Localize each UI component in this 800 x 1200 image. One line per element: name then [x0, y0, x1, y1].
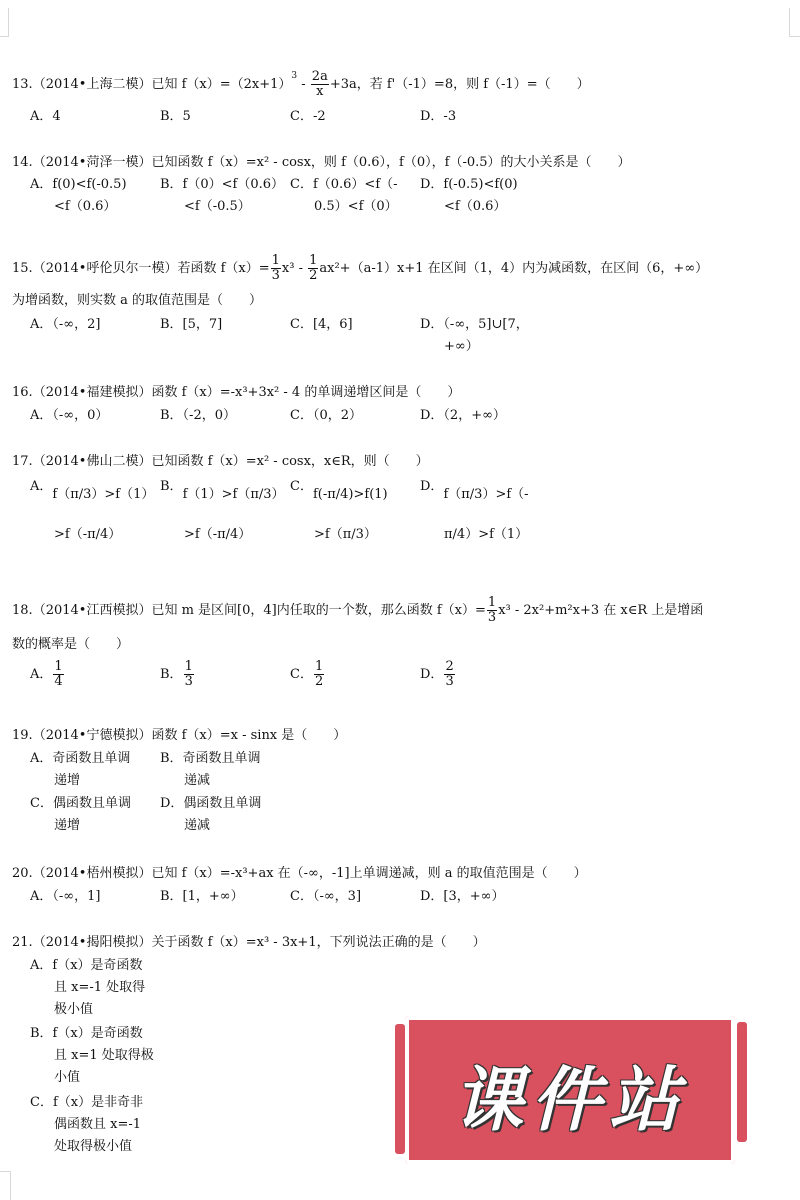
- option-d[interactable]: D．[3，+∞）: [420, 888, 505, 906]
- question-stem: 已知函数 f（x）=x² - cosx，则 f（0.6），f（0），f（-0.5…: [151, 155, 630, 170]
- watermark-stamp: 课件站: [405, 1016, 735, 1164]
- option-line: C．f（0.6）<f（-: [290, 176, 398, 194]
- option-line: B．f（x）是奇函数: [30, 1025, 154, 1043]
- fraction: 12: [314, 660, 324, 689]
- option-d[interactable]: D．（-∞，5]∪[7，+∞）: [420, 316, 529, 356]
- option-line: <f（0.6）: [30, 198, 127, 216]
- option-b[interactable]: B．[5，7]: [160, 316, 222, 334]
- question-source: （2014•福建模拟）: [33, 385, 152, 400]
- fraction-denominator: 2: [308, 269, 318, 283]
- option-label: D．: [420, 479, 443, 494]
- fraction-denominator: 4: [53, 675, 63, 689]
- option-b[interactable]: B．[1，+∞）: [160, 888, 244, 906]
- option-line: 极小值: [30, 1001, 145, 1019]
- question-15: 15.（2014•呼伦贝尔一模）若函数 f（x）=13x³ - 12ax²+（a…: [12, 254, 708, 283]
- option-b[interactable]: B．（-2，0）: [160, 407, 236, 425]
- page-corner-mark: [0, 8, 9, 37]
- option-label: B．: [160, 479, 183, 494]
- fraction: 12: [308, 254, 318, 283]
- option-a[interactable]: A．（-∞，0）: [30, 407, 108, 425]
- option-line: >f（-π/4）: [160, 526, 285, 544]
- question-source: （2014•佛山二模）: [33, 454, 152, 469]
- question-stem: 若函数 f（x）=: [177, 261, 269, 276]
- fraction-numerator: 1: [487, 596, 497, 611]
- question-number: 13.: [12, 77, 33, 92]
- option-line: 递减: [160, 772, 261, 790]
- option-a[interactable]: A．14: [30, 660, 65, 689]
- option-a[interactable]: A．f（π/3）>f（1）>f（-π/4）: [30, 478, 154, 544]
- option-c[interactable]: C．f（0.6）<f（-0.5）<f（0）: [290, 176, 398, 216]
- question-15-line2: 为增函数，则实数 a 的取值范围是（ ）: [12, 292, 262, 310]
- option-label: C．: [290, 479, 313, 494]
- option-b[interactable]: B．13: [160, 660, 195, 689]
- option-c[interactable]: C．[4，6]: [290, 316, 353, 334]
- question-number: 20.: [12, 866, 33, 881]
- question-source: （2014•呼伦贝尔一模）: [33, 261, 178, 276]
- option-d[interactable]: D．偶函数且单调递减: [160, 795, 261, 835]
- option-line: f(-π/4)>f(1): [313, 487, 388, 502]
- option-line: D．偶函数且单调: [160, 795, 261, 813]
- option-a[interactable]: A．（-∞，2]: [30, 316, 100, 334]
- option-c[interactable]: C．（-∞，3]: [290, 888, 361, 906]
- fraction-denominator: 3: [444, 675, 454, 689]
- option-line: 0.5）<f（0）: [290, 198, 398, 216]
- fraction: 13: [487, 596, 497, 625]
- option-c[interactable]: C．f（x）是非奇非 偶函数且 x=-1 处取得极小值: [30, 1094, 143, 1156]
- option-line: >f（-π/4）: [30, 526, 154, 544]
- option-line: 偶函数且 x=-1: [30, 1116, 143, 1134]
- option-b[interactable]: B．f（x）是奇函数 且 x=1 处取得极 小值: [30, 1025, 154, 1087]
- fraction: 13: [184, 660, 194, 689]
- question-number: 14.: [12, 155, 33, 170]
- question-20: 20.（2014•梧州模拟）已知 f（x）=-x³+ax 在（-∞，-1]上单调…: [12, 865, 587, 883]
- option-d[interactable]: D．-3: [420, 108, 456, 126]
- question-number: 15.: [12, 261, 33, 276]
- superscript: 3: [291, 71, 297, 81]
- option-c[interactable]: C．f(-π/4)>f(1)>f（π/3）: [290, 478, 388, 544]
- option-line: 递减: [160, 817, 261, 835]
- question-source: （2014•揭阳模拟）: [33, 935, 152, 950]
- question-source: （2014•江西模拟）: [33, 603, 152, 618]
- question-stem: x³ - 2x²+m²x+3 在 x∈R 上是增函: [498, 603, 703, 618]
- fraction-denominator: 3: [271, 269, 281, 283]
- question-number: 19.: [12, 728, 33, 743]
- option-line: 且 x=-1 处取得: [30, 979, 145, 997]
- fraction-numerator: 1: [308, 254, 318, 269]
- question-13: 13.（2014•上海二模）已知 f（x）=（2x+1）3 - 2ax+3a，若…: [12, 70, 590, 99]
- fraction-numerator: 2a: [311, 70, 329, 85]
- fraction-denominator: 3: [184, 675, 194, 689]
- fraction: 14: [53, 660, 63, 689]
- question-stem: +3a，若 f'（-1）=8，则 f（-1）=（ ）: [330, 77, 590, 92]
- option-a[interactable]: A．f（x）是奇函数 且 x=-1 处取得 极小值: [30, 957, 145, 1019]
- option-line: 递增: [30, 817, 131, 835]
- question-stem: 已知 f（x）=-x³+ax 在（-∞，-1]上单调递减，则 a 的取值范围是（…: [151, 866, 586, 881]
- question-number: 18.: [12, 603, 33, 618]
- option-b[interactable]: B．f（1）>f（π/3）>f（-π/4）: [160, 478, 285, 544]
- option-line: A．f(0)<f(-0.5): [30, 176, 127, 194]
- option-line: π/4）>f（1）: [420, 526, 529, 544]
- question-stem: 函数 f（x）=x - sinx 是（ ）: [151, 728, 346, 743]
- fraction-numerator: 2: [444, 660, 454, 675]
- question-source: （2014•梧州模拟）: [33, 866, 152, 881]
- fraction-denominator: 3: [487, 611, 497, 625]
- option-line: D．（-∞，5]∪[7，: [420, 316, 529, 334]
- question-source: （2014•菏泽一模）: [33, 155, 152, 170]
- option-b[interactable]: B．5: [160, 108, 191, 126]
- option-line: +∞）: [420, 338, 529, 356]
- fraction-numerator: 1: [314, 660, 324, 675]
- fraction-numerator: 1: [53, 660, 63, 675]
- option-c[interactable]: C．-2: [290, 108, 326, 126]
- question-stem: x³ -: [282, 261, 307, 276]
- question-source: （2014•上海二模）: [33, 77, 152, 92]
- fraction: 13: [271, 254, 281, 283]
- fraction-numerator: 1: [271, 254, 281, 269]
- question-14: 14.（2014•菏泽一模）已知函数 f（x）=x² - cosx，则 f（0.…: [12, 154, 631, 172]
- option-label: B．: [160, 667, 183, 682]
- question-21: 21.（2014•揭阳模拟）关于函数 f（x）=x³ - 3x+1，下列说法正确…: [12, 934, 486, 952]
- option-d[interactable]: D．23: [420, 660, 456, 689]
- option-line: 且 x=1 处取得极: [30, 1047, 154, 1065]
- question-17: 17.（2014•佛山二模）已知函数 f（x）=x² - cosx，x∈R，则（…: [12, 453, 429, 471]
- option-line: C．f（x）是非奇非: [30, 1094, 143, 1112]
- option-line: 小值: [30, 1069, 154, 1087]
- option-label: C．: [290, 667, 313, 682]
- question-number: 16.: [12, 385, 33, 400]
- option-line: B．奇函数且单调: [160, 750, 261, 768]
- question-stem: 函数 f（x）=-x³+3x² - 4 的单调递增区间是（ ）: [151, 385, 460, 400]
- option-b[interactable]: B．奇函数且单调递减: [160, 750, 261, 790]
- question-number: 21.: [12, 935, 33, 950]
- question-source: （2014•宁德模拟）: [33, 728, 152, 743]
- option-c[interactable]: C．偶函数且单调递增: [30, 795, 131, 835]
- fraction: 23: [444, 660, 454, 689]
- option-line: A．奇函数且单调: [30, 750, 130, 768]
- option-line: B．f（0）<f（0.6）: [160, 176, 284, 194]
- fraction-numerator: 1: [184, 660, 194, 675]
- page-corner-mark: [0, 1171, 11, 1200]
- fraction-denominator: x: [311, 85, 329, 99]
- fraction-denominator: 2: [314, 675, 324, 689]
- option-line: <f（0.6）: [420, 198, 518, 216]
- question-stem: 已知 m 是区间[0，4]内任取的一个数，那么函数 f（x）=: [151, 603, 485, 618]
- option-b[interactable]: B．f（0）<f（0.6）<f（-0.5）: [160, 176, 284, 216]
- question-stem: 关于函数 f（x）=x³ - 3x+1，下列说法正确的是（ ）: [151, 935, 485, 950]
- option-c[interactable]: C．（0，2）: [290, 407, 362, 425]
- option-a[interactable]: A．4: [30, 108, 61, 126]
- question-number: 17.: [12, 454, 33, 469]
- option-d[interactable]: D．f(-0.5)<f(0)<f（0.6）: [420, 176, 518, 216]
- option-d[interactable]: D．（2，+∞）: [420, 407, 506, 425]
- option-line: f（π/3）>f（-: [443, 487, 528, 502]
- question-stem: 已知 f（x）=（2x+1）: [151, 77, 291, 92]
- option-line: A．f（x）是奇函数: [30, 957, 145, 975]
- question-stem: ax²+（a-1）x+1 在区间（1，4）内为减函数，在区间（6，+∞）: [319, 261, 708, 276]
- question-18: 18.（2014•江西模拟）已知 m 是区间[0，4]内任取的一个数，那么函数 …: [12, 596, 703, 625]
- page-corner-mark: [789, 8, 800, 37]
- option-a[interactable]: A．f(0)<f(-0.5)<f（0.6）: [30, 176, 127, 216]
- option-line: f（π/3）>f（1）: [52, 487, 154, 502]
- option-d[interactable]: D．f（π/3）>f（-π/4）>f（1）: [420, 478, 529, 544]
- fraction: 2ax: [311, 70, 329, 99]
- question-18-line2: 数的概率是（ ）: [12, 636, 129, 654]
- option-label: D．: [420, 667, 443, 682]
- option-label: A．: [30, 667, 52, 682]
- option-line: <f（-0.5）: [160, 198, 284, 216]
- question-stem: -: [297, 77, 310, 92]
- option-line: f（1）>f（π/3）: [183, 487, 285, 502]
- question-16: 16.（2014•福建模拟）函数 f（x）=-x³+3x² - 4 的单调递增区…: [12, 384, 460, 402]
- question-stem: 已知函数 f（x）=x² - cosx，x∈R，则（ ）: [151, 454, 428, 469]
- option-label: A．: [30, 479, 52, 494]
- option-a[interactable]: A．（-∞，1]: [30, 888, 100, 906]
- option-line: D．f(-0.5)<f(0): [420, 176, 518, 194]
- option-line: C．偶函数且单调: [30, 795, 131, 813]
- option-line: 处取得极小值: [30, 1138, 143, 1156]
- question-19: 19.（2014•宁德模拟）函数 f（x）=x - sinx 是（ ）: [12, 727, 346, 745]
- option-line: >f（π/3）: [290, 526, 388, 544]
- option-c[interactable]: C．12: [290, 660, 325, 689]
- option-line: 递增: [30, 772, 130, 790]
- option-a[interactable]: A．奇函数且单调递增: [30, 750, 130, 790]
- watermark-text: 课件站: [405, 1044, 735, 1145]
